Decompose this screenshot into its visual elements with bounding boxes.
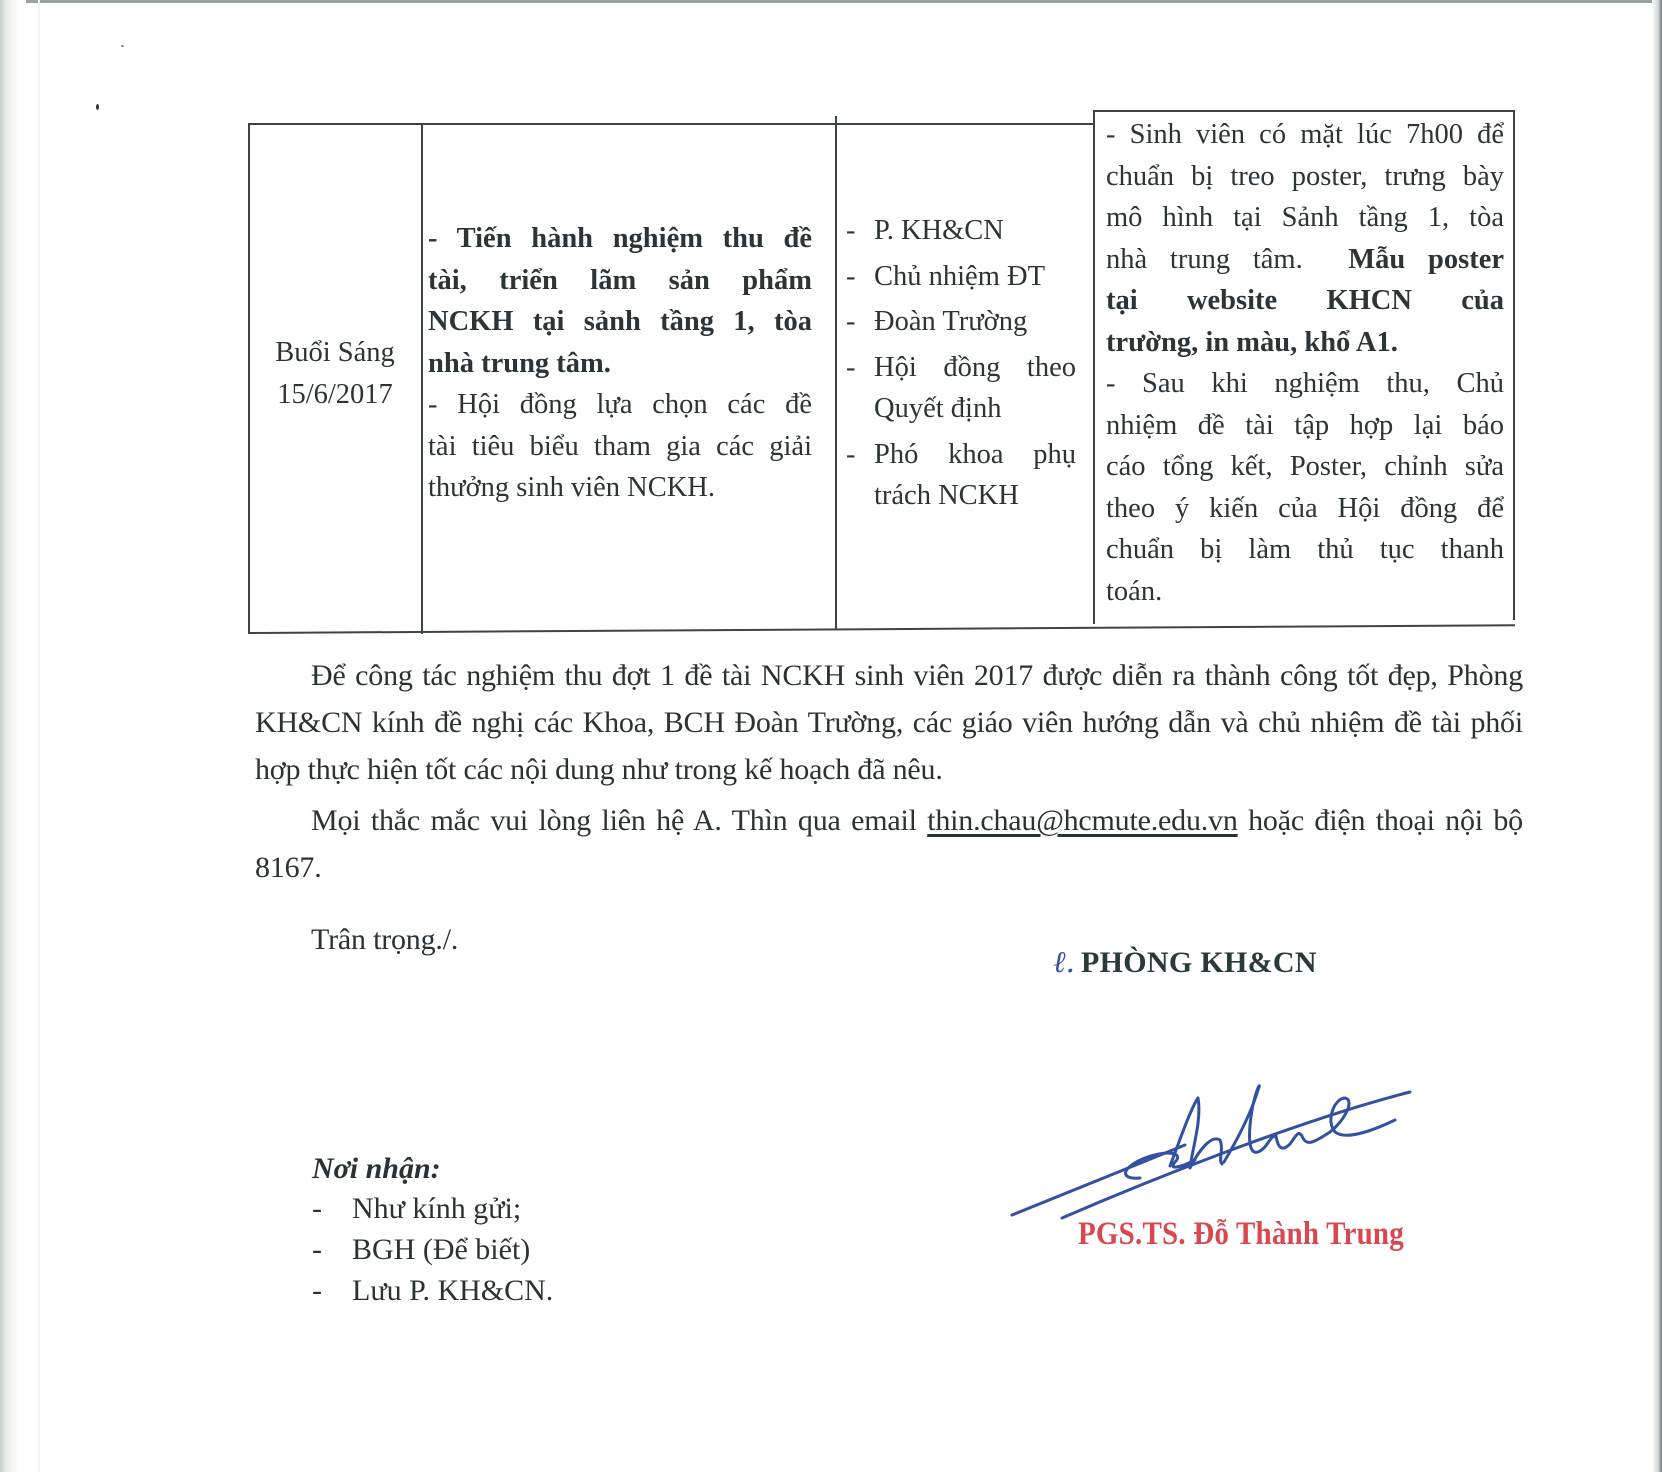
note-line: theo ý kiến của Hội đồng để: [1106, 488, 1504, 530]
signer-name: PGS.TS. Đỗ Thành Trung: [1078, 1216, 1404, 1253]
recipients-heading: Nơi nhận:: [312, 1152, 553, 1186]
recipient-text: BGH (Để biết): [352, 1229, 530, 1270]
content-line: tài tiêu biểu tham gia các giải: [428, 426, 812, 468]
handwritten-signature-icon: [1000, 1040, 1420, 1230]
content-line: - Hội đồng lựa chọn các đề: [428, 384, 812, 426]
note-line: nhà trung tâm. Mẫu poster: [1106, 239, 1504, 281]
recipient-text: Như kính gửi;: [352, 1188, 521, 1229]
table-border-bottom: [248, 624, 1515, 634]
note-line: nhiệm đề tài tập hợp lại báo: [1106, 405, 1504, 447]
responsible-item: - Đoàn Trường: [846, 301, 1076, 343]
email-link[interactable]: thin.chau@hcmute.edu.vn: [927, 804, 1237, 837]
content-line: tài, triển lãm sản phẩm: [428, 260, 812, 302]
responsible-text: trách NCKH: [874, 475, 1076, 517]
note-line: - Sau khi nghiệm thu, Chủ: [1106, 363, 1504, 405]
note-line: - Sinh viên có mặt lúc 7h00 để: [1106, 114, 1504, 156]
note-line: toán.: [1106, 571, 1504, 613]
responsible-text: P. KH&CN: [874, 210, 1076, 252]
closing-line: Trân trọng./.: [255, 916, 1523, 963]
recipient-item: - BGH (Để biết): [312, 1229, 553, 1270]
note-line: chuẩn bị làm thủ tục thanh: [1106, 529, 1504, 571]
note-line: trường, in màu, khổ A1.: [1106, 322, 1504, 364]
poster-template-note: Mẫu poster: [1348, 244, 1504, 275]
content-line: nhà trung tâm.: [428, 343, 812, 385]
responsible-item: - Hội đồng theo Quyết định: [846, 347, 1076, 430]
note-line: mô hình tại Sảnh tầng 1, tòa: [1106, 197, 1504, 239]
scan-top-edge: [0, 0, 1662, 3]
body-paragraph-2: Mọi thắc mắc vui lòng liên hệ A. Thìn qu…: [255, 797, 1523, 891]
recipient-item: - Lưu P. KH&CN.: [312, 1270, 553, 1311]
bullet-dash: -: [846, 256, 874, 298]
table-cell-notes: - Sinh viên có mặt lúc 7h00 để chuẩn bị …: [1106, 114, 1504, 612]
table-border-right: [1513, 110, 1515, 620]
bullet-dash: -: [312, 1188, 352, 1229]
on-behalf-mark: ℓ.: [1053, 945, 1075, 980]
table-cell-time: Buổi Sáng 15/6/2017: [260, 332, 410, 415]
bullet-dash: -: [846, 347, 874, 430]
responsible-text: Hội đồng theo: [874, 347, 1076, 389]
responsible-text: Đoàn Trường: [874, 301, 1076, 343]
recipient-item: - Như kính gửi;: [312, 1188, 553, 1229]
office-name: PHÒNG KH&CN: [1081, 946, 1317, 979]
table-col-divider-1: [421, 124, 423, 634]
table-cell-content: - Tiến hành nghiệm thu đề tài, triển lãm…: [428, 218, 812, 509]
bullet-dash: -: [846, 210, 874, 252]
table-border-top-right: [1093, 110, 1513, 112]
note-line: tại website KHCN của: [1106, 280, 1504, 322]
time-date: 15/6/2017: [260, 374, 410, 416]
paragraph-text: Để công tác nghiệm thu đợt 1 đề tài NCKH…: [255, 659, 1523, 786]
schedule-table: Buổi Sáng 15/6/2017 - Tiến hành nghiệm t…: [248, 110, 1515, 634]
table-border-top-left: [248, 123, 1093, 125]
scan-left-edge: [0, 0, 26, 1472]
note-line: cáo tổng kết, Poster, chỉnh sửa: [1106, 446, 1504, 488]
recipients-block: Nơi nhận: - Như kính gửi; - BGH (Để biết…: [312, 1152, 553, 1311]
responsible-text: Quyết định: [874, 388, 1076, 430]
scan-right-edge: [1652, 0, 1662, 1472]
content-line: - Tiến hành nghiệm thu đề: [428, 218, 812, 260]
scan-speck: [96, 104, 99, 110]
table-border-left: [248, 124, 250, 634]
paragraph-text: Mọi thắc mắc vui lòng liên hệ A. Thìn qu…: [311, 804, 917, 837]
table-col-divider-2: [835, 116, 837, 630]
table-col-divider-3: [1093, 110, 1095, 624]
content-line: NCKH tại sảnh tầng 1, tòa: [428, 301, 812, 343]
note-text: nhà trung tâm.: [1106, 244, 1303, 275]
recipient-text: Lưu P. KH&CN.: [352, 1270, 553, 1311]
note-line: chuẩn bị treo poster, trưng bày: [1106, 156, 1504, 198]
bullet-dash: -: [312, 1270, 352, 1311]
content-line: thưởng sinh viên NCKH.: [428, 467, 812, 509]
bullet-dash: -: [312, 1229, 352, 1270]
signature-title: ℓ.PHÒNG KH&CN: [1053, 945, 1317, 980]
table-cell-responsible: - P. KH&CN - Chủ nhiệm ĐT - Đoàn Trường …: [846, 210, 1076, 517]
responsible-text: Phó khoa phụ: [874, 434, 1076, 476]
responsible-item: - P. KH&CN: [846, 210, 1076, 252]
body-paragraph-1: Để công tác nghiệm thu đợt 1 đề tài NCKH…: [255, 652, 1523, 793]
time-session: Buổi Sáng: [260, 332, 410, 374]
responsible-item: - Chủ nhiệm ĐT: [846, 256, 1076, 298]
scan-speck: [121, 45, 124, 47]
responsible-text: Chủ nhiệm ĐT: [874, 256, 1076, 298]
bullet-dash: -: [846, 301, 874, 343]
responsible-item: - Phó khoa phụ trách NCKH: [846, 434, 1076, 517]
bullet-dash: -: [846, 434, 874, 517]
closing-text: Trân trọng./.: [311, 923, 458, 956]
